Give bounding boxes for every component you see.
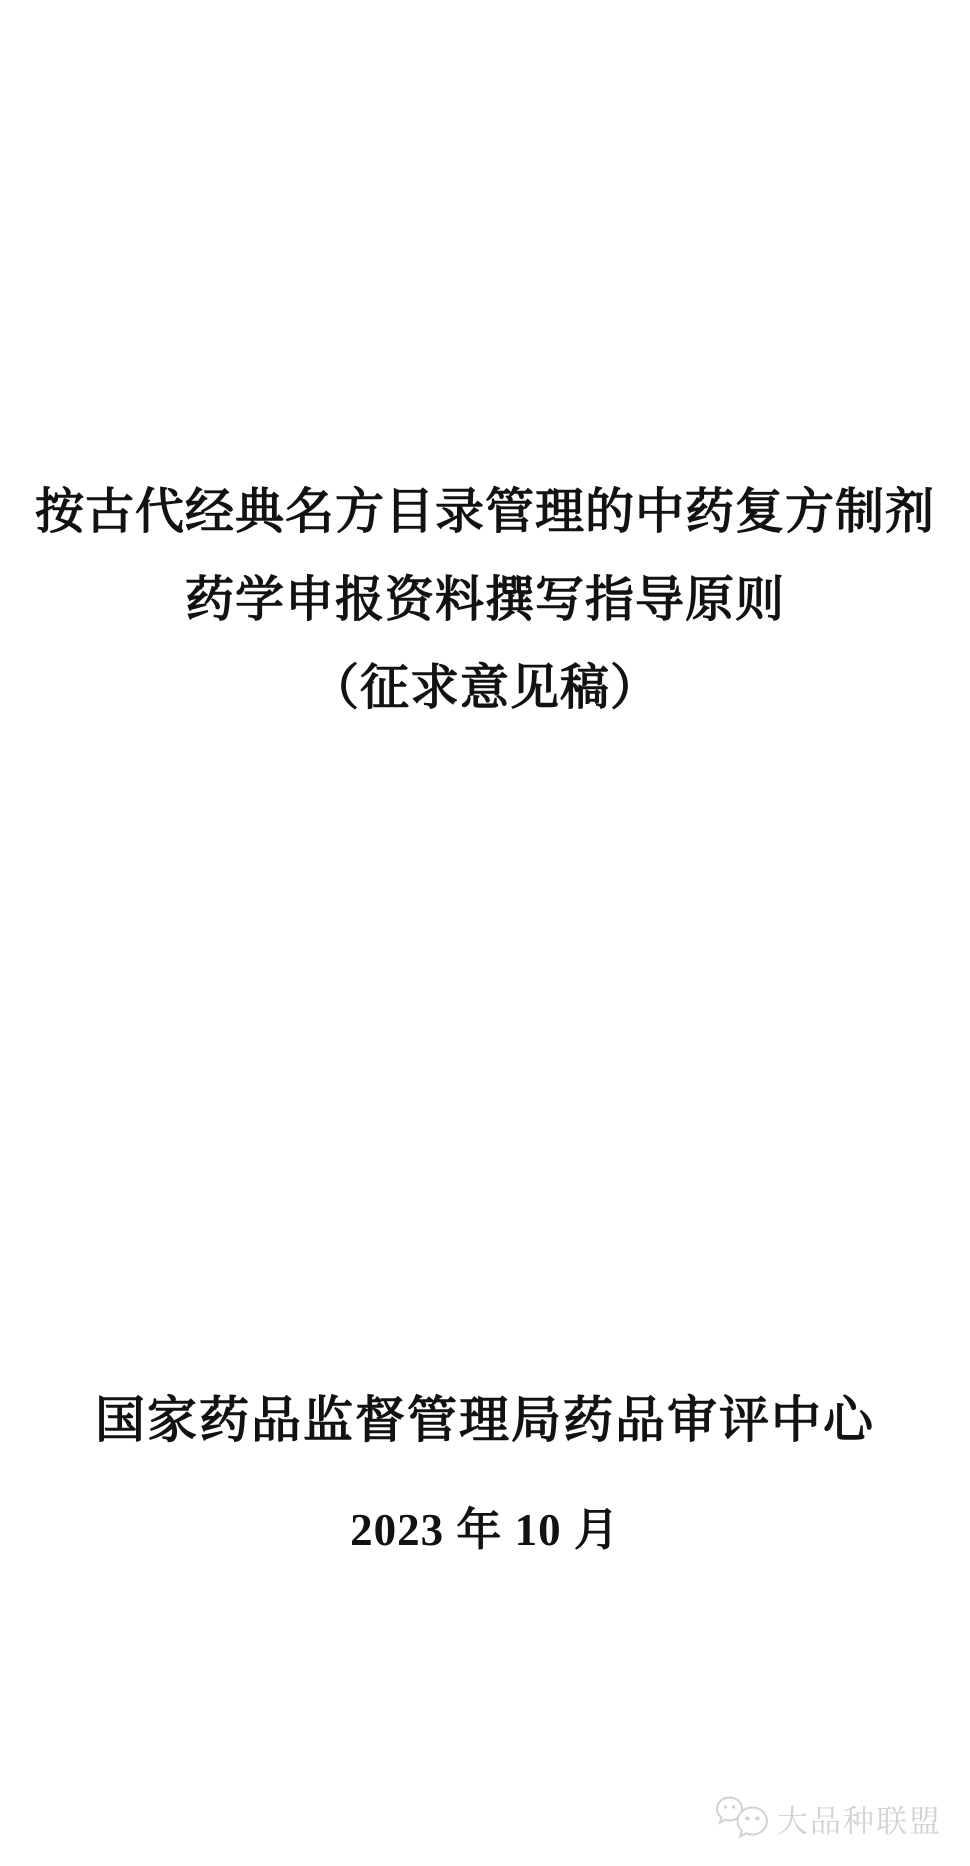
wechat-chat-bubbles-icon bbox=[715, 1795, 771, 1841]
document-cover-page: 按古代经典名方目录管理的中药复方制剂 药学申报资料撰写指导原则 （征求意见稿） … bbox=[0, 0, 970, 1866]
title-line-2: 药学申报资料撰写指导原则 bbox=[0, 556, 970, 644]
watermark: 大品种联盟 bbox=[715, 1795, 942, 1841]
title-line-1: 按古代经典名方目录管理的中药复方制剂 bbox=[0, 468, 970, 556]
title-block: 按古代经典名方目录管理的中药复方制剂 药学申报资料撰写指导原则 （征求意见稿） bbox=[0, 468, 970, 732]
title-line-3: （征求意见稿） bbox=[0, 644, 970, 732]
publication-date: 2023 年 10 月 bbox=[0, 1498, 970, 1562]
organization-name: 国家药品监督管理局药品审评中心 bbox=[0, 1385, 970, 1455]
watermark-label: 大品种联盟 bbox=[777, 1796, 942, 1841]
